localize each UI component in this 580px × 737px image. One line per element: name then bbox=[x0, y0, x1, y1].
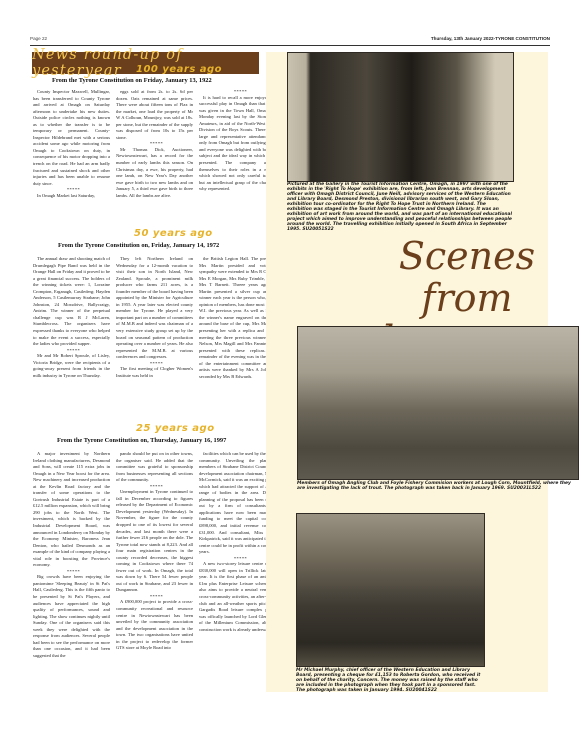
issue-line: Thursday, 13th January 2022-TYRONE CONST… bbox=[431, 36, 550, 41]
paragraph: The annual draw and shooting match of Dr… bbox=[33, 256, 110, 348]
cheque-presentation-photo-caption: Mr Michael Murphy, chief officer of the … bbox=[296, 668, 483, 693]
article-column: eggs sold at from 2s. to 2s. 6d per doze… bbox=[116, 89, 193, 199]
section-50-body: The annual draw and shooting match of Dr… bbox=[33, 256, 278, 380]
section-25-body: A major investment by Northern Ireland c… bbox=[33, 451, 278, 659]
angling-club-photo bbox=[297, 326, 579, 480]
paragraph: Mr and Mr Robert Sproule, of Lisley, Vic… bbox=[33, 353, 110, 379]
section-100-years-label: 100 years ago bbox=[136, 64, 222, 75]
section-25-years-label: 25 years ago bbox=[136, 423, 215, 434]
section-100-body: County Inspector Maxwell, Mullingar, has… bbox=[33, 89, 278, 199]
section-25-source-line: From the Tyrone Constitution on, Thursda… bbox=[57, 437, 226, 444]
article-column: pando should be put on in other towns, t… bbox=[116, 451, 193, 659]
section-100-source-line: From the Tyrone Constitution on Friday, … bbox=[52, 77, 212, 84]
article-column: A major investment by Northern Ireland c… bbox=[33, 451, 110, 659]
gallery-photo-caption: Pictured at the Gallery in the Tourist I… bbox=[287, 182, 512, 232]
paragraph: Mr Thomas Dick, Auctioneer, Newtownstewa… bbox=[116, 147, 193, 199]
paragraph: Unemployment in Tyrone continued to fall… bbox=[116, 489, 193, 594]
paragraph: The first meeting of Clogher Women's Ins… bbox=[116, 366, 193, 379]
page-number: Page 22 bbox=[30, 36, 47, 41]
paragraph: eggs sold at from 2s. to 2s. 6d per doze… bbox=[116, 89, 193, 141]
paragraph: They left Northern Ireland on Wednesday … bbox=[116, 256, 193, 361]
paragraph: pando should be put on in other towns, t… bbox=[116, 451, 193, 484]
article-column: The annual draw and shooting match of Dr… bbox=[33, 256, 110, 380]
paragraph: County Inspector Maxwell, Mullingar, has… bbox=[33, 89, 110, 187]
article-column: County Inspector Maxwell, Mullingar, has… bbox=[33, 89, 110, 199]
paragraph: Big crowds have been enjoying the pantom… bbox=[33, 574, 110, 659]
paragraph: A £900,000 project to provide a cross-co… bbox=[116, 599, 193, 651]
page-header: Page 22 Thursday, 13th January 2022-TYRO… bbox=[30, 33, 550, 46]
section-50-years-label: 50 years ago bbox=[134, 228, 213, 239]
angling-club-photo-caption: Members of Omagh Angling Club and Foyle … bbox=[297, 481, 577, 491]
section-50-source-line: From the Tyrone Constitution on, Friday,… bbox=[58, 242, 219, 249]
paragraph: A major investment by Northern Ireland c… bbox=[33, 451, 110, 569]
cheque-presentation-photo bbox=[296, 513, 485, 667]
article-column: They left Northern Ireland on Wednesday … bbox=[116, 256, 193, 380]
scenes-title-line1: Scenes from bbox=[362, 235, 572, 319]
paragraph: In Omagh Market last Saturday, bbox=[33, 193, 110, 200]
gallery-photo bbox=[287, 52, 514, 182]
